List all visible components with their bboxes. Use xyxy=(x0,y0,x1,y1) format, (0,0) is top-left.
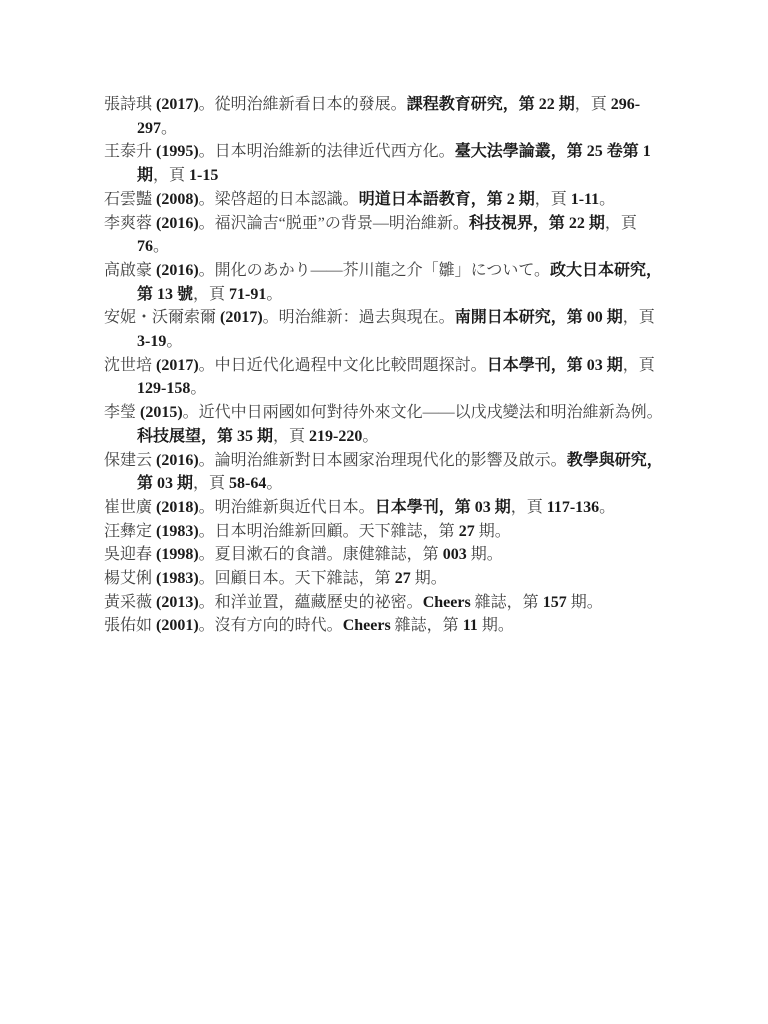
reference-segment-bold: 129-158 xyxy=(137,380,190,397)
reference-segment: ，頁 xyxy=(623,309,655,326)
reference-list: 張詩琪 (2017)。從明治維新看日本的發展。課程教育研究，第 22 期，頁 2… xyxy=(104,93,664,638)
reference-segment-bold: 明道日本語教育，第 2 期 xyxy=(359,191,535,208)
reference-segment-bold: 157 xyxy=(543,594,567,611)
reference-segment: 雜誌，第 xyxy=(471,594,543,611)
reference-segment-bold: (2018) xyxy=(156,499,199,516)
reference-item: 張佑如 (2001)。沒有方向的時代。Cheers 雜誌，第 11 期。 xyxy=(104,614,664,638)
reference-item: 王泰升 (1995)。日本明治維新的法律近代西方化。臺大法學論叢，第 25 卷第… xyxy=(104,140,664,187)
reference-segment: 期。 xyxy=(475,523,511,540)
reference-segment: 汪彝定 xyxy=(104,523,156,540)
reference-segment-bold: 003 xyxy=(443,546,467,563)
reference-item: 保建云 (2016)。論明治維新對日本國家治理現代化的影響及啟示。教學與研究，第… xyxy=(104,449,664,496)
reference-item: 安妮・沃爾索爾 (2017)。明治維新：過去與現在。南開日本研究，第 00 期，… xyxy=(104,306,664,353)
reference-segment: 。福沢論吉“脱亜”の背景—明治維新。 xyxy=(199,215,469,232)
reference-segment: 期。 xyxy=(567,594,603,611)
reference-segment-bold: 27 xyxy=(395,570,411,587)
reference-segment-bold: (2001) xyxy=(156,617,199,634)
reference-segment: 雜誌，第 xyxy=(391,617,463,634)
reference-segment: ，頁 xyxy=(273,428,309,445)
reference-item: 楊艾俐 (1983)。回顧日本。天下雜誌，第 27 期。 xyxy=(104,567,664,591)
reference-item: 吳迎春 (1998)。夏目漱石的食譜。康健雜誌，第 003 期。 xyxy=(104,543,664,567)
reference-segment-bold: (1995) xyxy=(156,143,199,160)
reference-segment: 。 xyxy=(362,428,378,445)
reference-item: 張詩琪 (2017)。從明治維新看日本的發展。課程教育研究，第 22 期，頁 2… xyxy=(104,93,664,140)
reference-segment: 。 xyxy=(161,120,177,137)
reference-segment: ，頁 xyxy=(623,357,655,374)
reference-segment: 李瑩 xyxy=(104,404,140,421)
reference-segment: 。沒有方向的時代。 xyxy=(199,617,343,634)
reference-segment-bold: (1983) xyxy=(156,570,199,587)
reference-segment: 王泰升 xyxy=(104,143,156,160)
reference-segment-bold: 科技視界，第 22 期 xyxy=(469,215,605,232)
reference-segment: 。夏目漱石的食譜。康健雜誌，第 xyxy=(199,546,443,563)
reference-segment-bold: 76 xyxy=(137,238,153,255)
reference-item: 黃采薇 (2013)。和洋並置，蘊藏歷史的祕密。Cheers 雜誌，第 157 … xyxy=(104,591,664,615)
reference-segment: 吳迎春 xyxy=(104,546,156,563)
reference-segment-bold: (2017) xyxy=(156,357,199,374)
reference-segment: 崔世廣 xyxy=(104,499,156,516)
reference-segment-bold: (1983) xyxy=(156,523,199,540)
reference-segment: ，頁 xyxy=(535,191,571,208)
reference-item: 崔世廣 (2018)。明治維新與近代日本。日本學刊，第 03 期，頁 117-1… xyxy=(104,496,664,520)
reference-segment-bold: (2016) xyxy=(156,262,199,279)
reference-segment-bold: Cheers xyxy=(343,617,391,634)
reference-segment: 。 xyxy=(190,380,206,397)
reference-segment: ，頁 xyxy=(153,167,189,184)
reference-segment: 黃采薇 xyxy=(104,594,156,611)
reference-segment-bold: (2008) xyxy=(156,191,199,208)
document-page: 張詩琪 (2017)。從明治維新看日本的發展。課程教育研究，第 22 期，頁 2… xyxy=(0,0,768,1024)
reference-segment-bold: (1998) xyxy=(156,546,199,563)
reference-segment: ，頁 xyxy=(605,215,637,232)
reference-segment: 期。 xyxy=(467,546,503,563)
reference-segment: 。明治維新與近代日本。 xyxy=(199,499,375,516)
reference-segment-bold: (2016) xyxy=(156,452,199,469)
reference-segment-bold: 3-19 xyxy=(137,333,166,350)
reference-item: 沈世培 (2017)。中日近代化過程中文化比較問題探討。日本學刊，第 03 期，… xyxy=(104,354,664,401)
reference-segment-bold: Cheers xyxy=(423,594,471,611)
reference-segment-bold: 課程教育研究，第 22 期 xyxy=(407,96,575,113)
reference-segment: 。從明治維新看日本的發展。 xyxy=(199,96,407,113)
reference-segment-bold: 11 xyxy=(463,617,478,634)
reference-segment: 期。 xyxy=(478,617,514,634)
reference-segment-bold: 1-11 xyxy=(571,191,599,208)
reference-segment: ，頁 xyxy=(193,286,229,303)
reference-segment-bold: 71-91 xyxy=(229,286,266,303)
reference-segment: 。回顧日本。天下雜誌，第 xyxy=(199,570,395,587)
reference-segment: 楊艾俐 xyxy=(104,570,156,587)
reference-segment: 。 xyxy=(266,475,282,492)
reference-segment-bold: 58-64 xyxy=(229,475,266,492)
reference-segment: 張詩琪 xyxy=(104,96,156,113)
reference-item: 李爽蓉 (2016)。福沢論吉“脱亜”の背景—明治維新。科技視界，第 22 期，… xyxy=(104,212,664,259)
reference-segment-bold: 日本學刊，第 03 期 xyxy=(487,357,623,374)
reference-segment: 期。 xyxy=(411,570,447,587)
reference-item: 高啟豪 (2016)。開化のあかり——芥川龍之介「雛」について。政大日本研究，第… xyxy=(104,259,664,306)
reference-item: 李瑩 (2015)。近代中日兩國如何對待外來文化——以戊戌變法和明治維新為例。科… xyxy=(104,401,664,448)
reference-segment-bold: 南開日本研究，第 00 期 xyxy=(455,309,623,326)
reference-segment-bold: 科技展望，第 35 期 xyxy=(137,428,273,445)
reference-segment: 。 xyxy=(153,238,169,255)
reference-segment: 石雲豔 xyxy=(104,191,156,208)
reference-segment-bold: 1-15 xyxy=(189,167,218,184)
reference-segment-bold: 219-220 xyxy=(309,428,362,445)
reference-item: 石雲豔 (2008)。梁啓超的日本認識。明道日本語教育，第 2 期，頁 1-11… xyxy=(104,188,664,212)
reference-item: 汪彝定 (1983)。日本明治維新回顧。天下雜誌，第 27 期。 xyxy=(104,520,664,544)
reference-segment: 。梁啓超的日本認識。 xyxy=(199,191,359,208)
reference-segment-bold: 27 xyxy=(459,523,475,540)
reference-segment-bold: (2017) xyxy=(220,309,263,326)
reference-segment-bold: (2013) xyxy=(156,594,199,611)
reference-segment: ，頁 xyxy=(193,475,229,492)
reference-segment-bold: (2017) xyxy=(156,96,199,113)
reference-segment: 張佑如 xyxy=(104,617,156,634)
reference-segment: 。和洋並置，蘊藏歷史的祕密。 xyxy=(199,594,423,611)
reference-segment: 。 xyxy=(266,286,282,303)
reference-segment: 。明治維新：過去與現在。 xyxy=(263,309,455,326)
reference-segment: 保建云 xyxy=(104,452,156,469)
reference-segment: 。 xyxy=(166,333,182,350)
reference-segment: 。中日近代化過程中文化比較問題探討。 xyxy=(199,357,487,374)
reference-segment: 李爽蓉 xyxy=(104,215,156,232)
reference-segment-bold: 日本學刊，第 03 期 xyxy=(375,499,511,516)
reference-segment: 。日本明治維新的法律近代西方化。 xyxy=(199,143,455,160)
reference-segment: ，頁 xyxy=(511,499,547,516)
reference-segment: ，頁 xyxy=(575,96,611,113)
reference-segment: 。 xyxy=(599,191,615,208)
reference-segment: 。開化のあかり——芥川龍之介「雛」について。 xyxy=(199,262,550,279)
reference-segment: 沈世培 xyxy=(104,357,156,374)
reference-segment: 。 xyxy=(599,499,615,516)
reference-segment: 。論明治維新對日本國家治理現代化的影響及啟示。 xyxy=(199,452,567,469)
reference-segment: 。近代中日兩國如何對待外來文化——以戊戌變法和明治維新為例。 xyxy=(183,404,663,421)
reference-segment-bold: (2016) xyxy=(156,215,199,232)
reference-segment: 高啟豪 xyxy=(104,262,156,279)
reference-segment-bold: (2015) xyxy=(140,404,183,421)
reference-segment-bold: 117-136 xyxy=(547,499,599,516)
reference-segment: 安妮・沃爾索爾 xyxy=(104,309,220,326)
reference-segment: 。日本明治維新回顧。天下雜誌，第 xyxy=(199,523,459,540)
